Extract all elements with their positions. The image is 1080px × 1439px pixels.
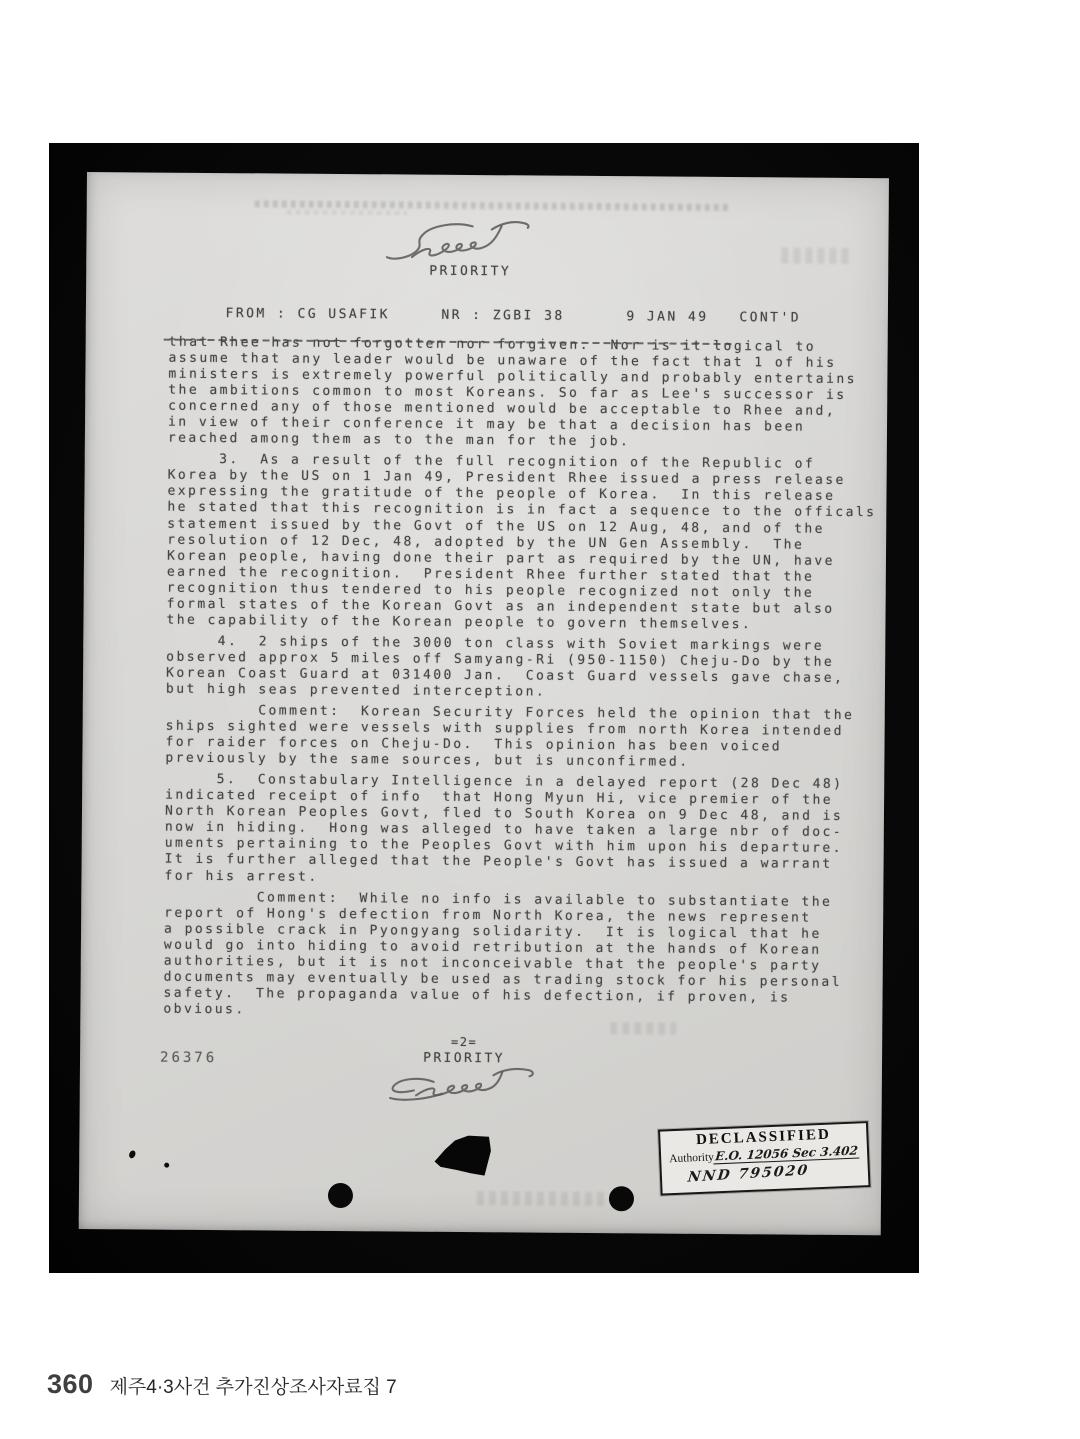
page-number-marking: =2= (374, 1034, 554, 1049)
hole-punch-left-icon (328, 1183, 353, 1208)
smudge-bottom-right (610, 1022, 676, 1035)
priority-label-top: PRIORITY (380, 263, 560, 279)
ink-speck-icon (164, 1163, 169, 1168)
secret-handwriting-bottom-icon (381, 1065, 550, 1112)
book-footer: 360 제주4·3사건 추가진상조사자료집 7 (47, 1369, 397, 1400)
paragraph: 5. Constabulary Intelligence in a delaye… (164, 772, 874, 890)
book-page: { "document": { "classification_top": "S… (0, 0, 1080, 1439)
hole-punch-right-icon (609, 1186, 634, 1211)
stamp-authority-label: Authority (669, 1151, 714, 1165)
paragraph: 4. 2 ships of the 3000 ton class with So… (166, 633, 876, 703)
registry-number: 26376 (160, 1050, 217, 1066)
ink-blot-icon (433, 1134, 492, 1178)
priority-label-bottom: PRIORITY (374, 1050, 554, 1066)
stamp-nnd-number: NND 795020 (687, 1162, 810, 1185)
document-paper: PRIORITY FROM : CG USAFIK NR : ZGBI 38 9… (79, 172, 889, 1235)
declassified-stamp: DECLASSIFIED AuthorityE.O. 12056 Sec 3.4… (658, 1121, 871, 1196)
ink-speck-icon (128, 1149, 137, 1159)
paragraph: Comment: While no info is available to s… (163, 889, 873, 1023)
paragraph: that Rhee has not forgotten nor forgiven… (168, 335, 878, 453)
paragraph: 3. As a result of the full recognition o… (166, 452, 876, 634)
book-title: 제주4·3사건 추가진상조사자료집 7 (110, 1372, 397, 1399)
ghost-text-bottom (477, 1191, 605, 1206)
smudge-top-right (781, 247, 853, 264)
ghost-text-top-2 (287, 210, 407, 216)
paragraph: Comment: Korean Security Forces held the… (165, 703, 875, 773)
scanned-photo-background: PRIORITY FROM : CG USAFIK NR : ZGBI 38 9… (49, 143, 919, 1273)
message-body: that Rhee has not forgotten nor forgiven… (163, 335, 877, 1023)
book-page-number: 360 (47, 1369, 94, 1400)
message-header-text: FROM : CG USAFIK NR : ZGBI 38 9 JAN 49 C… (226, 306, 802, 326)
